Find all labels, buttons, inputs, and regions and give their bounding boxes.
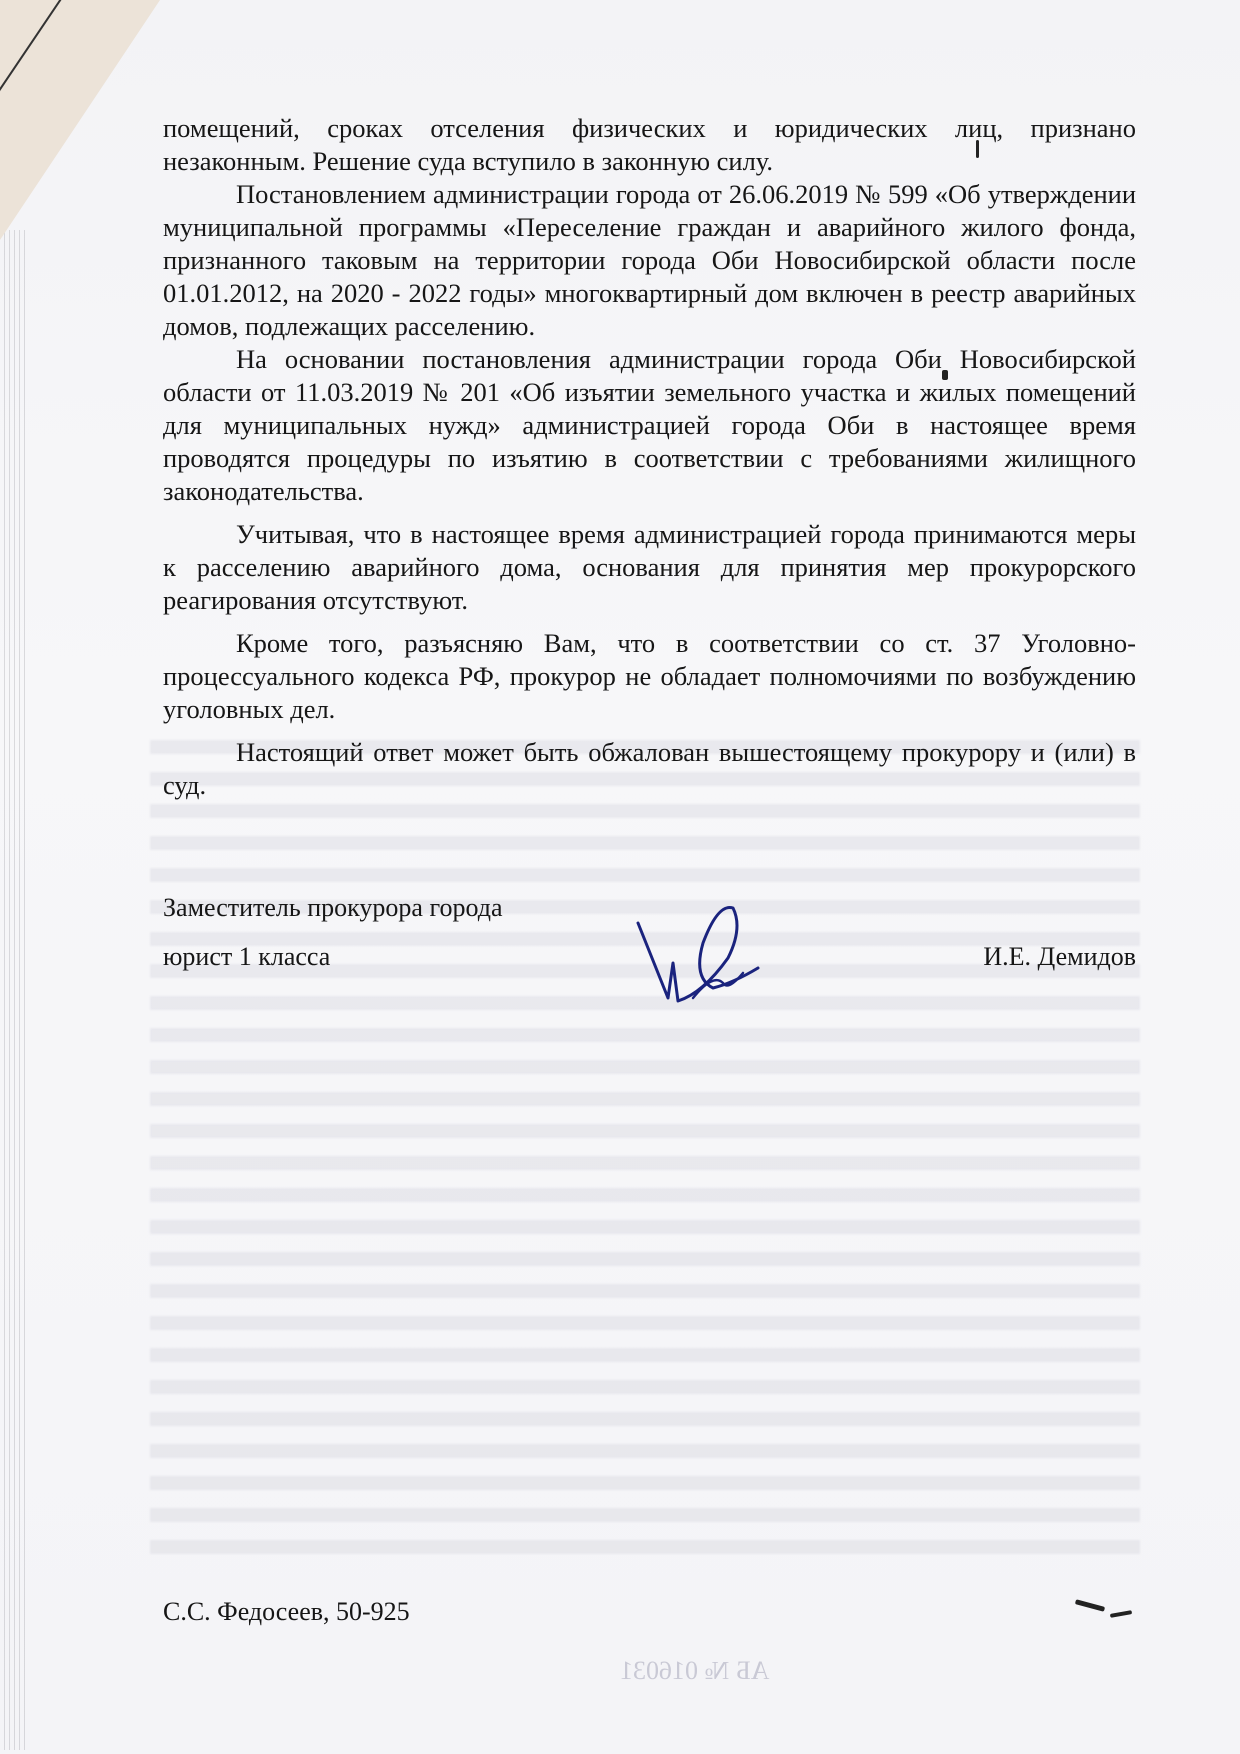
paragraph: Постановлением администрации города от 2… [163,178,1136,343]
paragraph: Кроме того, разъясняю Вам, что в соответ… [163,627,1136,726]
signatory-position: Заместитель прокурора города [163,893,503,923]
letter-body: помещений, сроках отселения физических и… [163,112,1136,802]
paragraph: помещений, сроках отселения физических и… [163,112,1136,178]
paragraph: Настоящий ответ может быть обжалован выш… [163,736,1136,802]
ink-speck [942,370,948,380]
signatory-name: И.Е. Демидов [983,942,1136,972]
folded-corner [0,0,160,240]
handwritten-signature-icon [633,903,773,1008]
ink-smudge [1075,1599,1105,1612]
ink-speck [976,140,979,158]
form-number-bleed: АБ № 016031 [620,1656,770,1686]
scan-edge-noise [4,230,28,1750]
document-page: помещений, сроках отселения физических и… [0,0,1240,1754]
ink-smudge [1110,1610,1132,1618]
bleed-through-texture [150,730,1140,1560]
paragraph: На основании постановления администрации… [163,343,1136,508]
paragraph: Учитывая, что в настоящее время админист… [163,518,1136,617]
signatory-rank: юрист 1 класса [163,942,330,972]
executor-contact: С.С. Федосеев, 50-925 [163,1597,410,1627]
